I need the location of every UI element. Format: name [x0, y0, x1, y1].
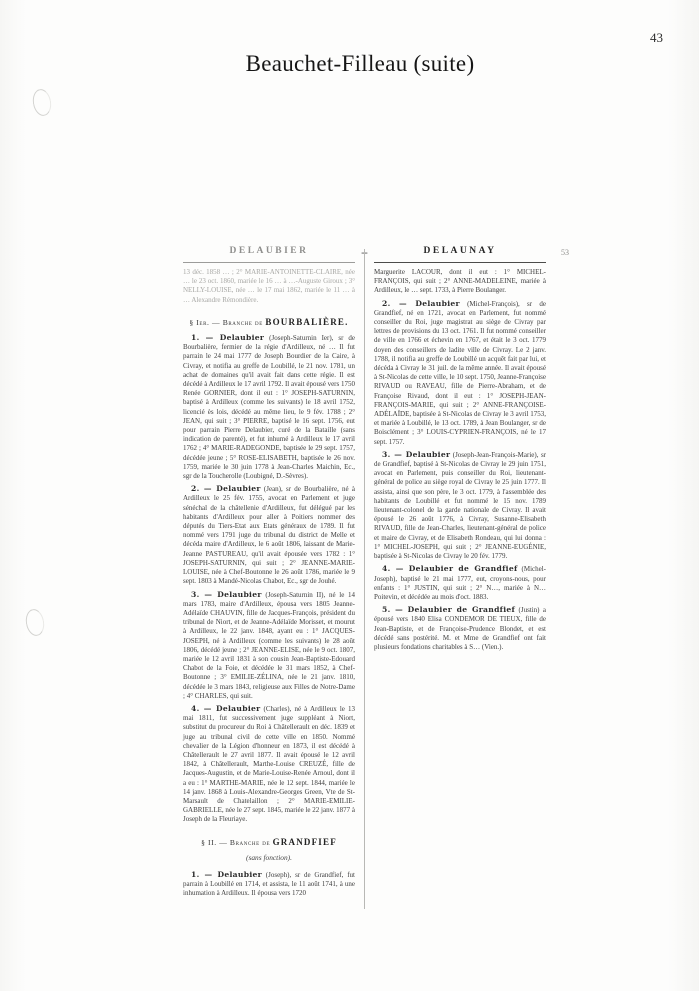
- scanned-page: 43 Beauchet-Filleau (suite) DELAUBIER ✛ …: [0, 0, 699, 991]
- dictionary-text-block: DELAUBIER ✛ DELAUNAY 53 13 déc. 1858 … ;…: [183, 246, 546, 900]
- entry-lead: 3. — Delaubier: [191, 590, 262, 599]
- entry-text: (Joseph-Jean-François-Marie), sr de Gran…: [374, 451, 546, 560]
- entry-grandfief-3: 3. — Delaubier (Joseph-Jean-François-Mar…: [374, 450, 546, 561]
- entry-text: (Michel-François), sr de Grandfief, né e…: [374, 300, 546, 446]
- entry-grandfief-1: 1. — Delaubier (Joseph), sr de Grandfief…: [183, 870, 355, 899]
- entry-grandfief-4: 4. — Delaubier de Grandfief (Michel-Jose…: [374, 564, 546, 602]
- page-title: Beauchet-Filleau (suite): [170, 51, 550, 77]
- entry-lead: 3. — Delaubier: [382, 450, 450, 459]
- entry-delaubier-3: 3. — Delaubier (Joseph-Saturnin II), né …: [183, 590, 355, 701]
- entry-lead: 5. — Delaubier de Grandfief: [382, 605, 515, 614]
- paragraph-text: 13 déc. 1858 … ; 2° MARIE-ANTOINETTE-CLA…: [183, 268, 355, 304]
- running-header-right-title: DELAUNAY: [374, 247, 546, 256]
- entry-grandfief-2: 2. — Delaubier (Michel-François), sr de …: [374, 299, 546, 447]
- branch-heading-grandfief: § II. — Branche de GRANDFIEF: [183, 838, 355, 847]
- punch-hole-bottom: [24, 608, 46, 638]
- punch-hole-top: [31, 88, 53, 118]
- entry-lead: 1. — Delaubier: [191, 333, 264, 342]
- running-header-left-title: DELAUBIER: [183, 247, 355, 256]
- subheading-text: (sans fonction).: [246, 853, 292, 862]
- entry-lead: 4. — Delaubier: [191, 704, 260, 713]
- entry-text: (Jean), sr de Bourbalière, né à Ardilleu…: [183, 485, 355, 585]
- branch-heading-bourbaliere: § Ier. — Branche de BOURBALIÈRE.: [183, 318, 355, 327]
- heading-name: GRANDFIEF: [273, 837, 337, 847]
- entry-lead: 4. — Delaubier de Grandfief: [382, 564, 518, 573]
- paragraph-text: Marguerite LACOUR, dont il eut : 1° MICH…: [374, 268, 546, 294]
- continuation-paragraph: 13 déc. 1858 … ; 2° MARIE-ANTOINETTE-CLA…: [183, 268, 355, 305]
- entry-lead: 1. — Delaubier: [191, 870, 262, 879]
- branch-subheading: (sans fonction).: [183, 853, 355, 862]
- entry-text: (Joseph-Saturnin Ier), sr de Bourbalière…: [183, 334, 355, 480]
- entry-lead: 2. — Delaubier: [382, 299, 460, 308]
- text-columns: 13 déc. 1858 … ; 2° MARIE-ANTOINETTE-CLA…: [183, 268, 546, 900]
- entry-text: (Joseph-Saturnin II), né le 14 mars 1783…: [183, 591, 355, 700]
- entry-text: (Charles), né à Ardilleux le 13 mai 1811…: [183, 705, 355, 823]
- heading-prefix: § II. — Branche de: [201, 838, 273, 847]
- continuation-paragraph: Marguerite LACOUR, dont il eut : 1° MICH…: [374, 268, 546, 296]
- heading-prefix: § Ier. — Branche de: [189, 318, 265, 327]
- entry-grandfief-5: 5. — Delaubier de Grandfief (Justin) a é…: [374, 605, 546, 652]
- entry-lead: 2. — Delaubier: [191, 484, 261, 493]
- entry-delaubier-1: 1. — Delaubier (Joseph-Saturnin Ier), sr…: [183, 333, 355, 481]
- header-rule-left: [183, 262, 355, 263]
- header-rule-right: [374, 262, 546, 263]
- entry-delaubier-4: 4. — Delaubier (Charles), né à Ardilleux…: [183, 704, 355, 825]
- column-page-number: 53: [561, 248, 569, 257]
- heading-name: BOURBALIÈRE.: [265, 317, 348, 327]
- entry-delaubier-2: 2. — Delaubier (Jean), sr de Bourbalière…: [183, 484, 355, 586]
- left-column: 13 déc. 1858 … ; 2° MARIE-ANTOINETTE-CLA…: [183, 268, 355, 900]
- right-column: Marguerite LACOUR, dont il eut : 1° MICH…: [374, 268, 546, 900]
- page-number: 43: [650, 30, 663, 46]
